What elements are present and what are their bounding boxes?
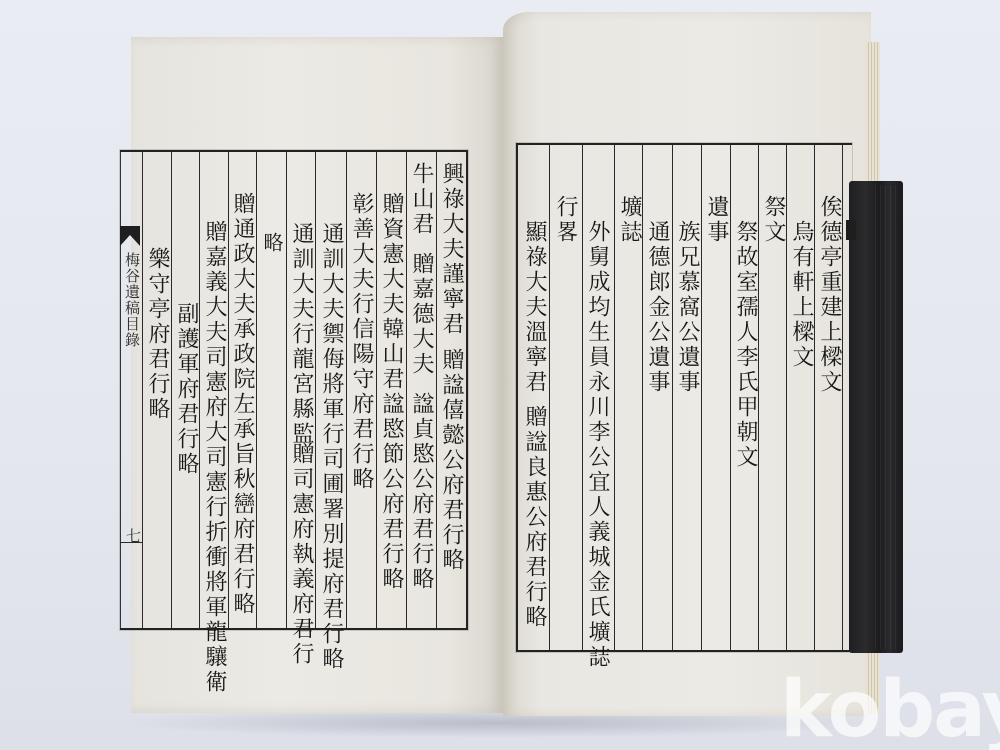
toc-entry: 樂守亭府君行略 <box>145 247 169 422</box>
toc-entry: 興祿大夫謹寧君 <box>439 162 463 337</box>
toc-entry: 贈嘉義大夫司憲府大司憲行折衝將軍龍驤衛 <box>202 220 226 695</box>
toc-entry: 俟德亭重建上樑文 <box>817 195 841 395</box>
left-page: 梅谷遺稿目錄 七 興祿大夫謹寧君 贈諡僖懿公府君行略 牛山君 贈嘉德大夫 諡貞愍… <box>131 37 503 713</box>
section-heading: 祭文 <box>761 195 785 245</box>
toc-entry: 烏有軒上樑文 <box>789 220 813 370</box>
toc-entry: 贈司憲府執義府君行 <box>289 442 313 667</box>
toc-entry: 通訓大夫禦侮將軍行司圃署別提府君行略 <box>319 222 343 672</box>
toc-entry: 諡愍節公府君行略 <box>379 392 403 592</box>
toc-entry: 彰善大夫行信陽守府君行略 <box>349 192 373 492</box>
toc-entry: 族兄慕窩公遺事 <box>675 220 699 395</box>
toc-entry: 贈通政大夫承政院左承旨秋巒府君行略 <box>230 192 254 617</box>
section-heading: 壙誌 <box>617 195 641 245</box>
left-fold-margin <box>120 152 121 628</box>
right-print-frame: 俟德亭重建上樑文 烏有軒上樑文 祭文 祭故室孺人李氏甲朝文 遺事 族兄慕窩公遺事… <box>516 143 852 652</box>
toc-entry: 贈諡良惠公府君行略 <box>522 405 546 630</box>
toc-entry: 外舅成均生員永川李公宜人義城金氏壙誌 <box>585 220 609 670</box>
toc-entry: 牛山君 <box>409 162 433 237</box>
toc-entry: 贈資憲大夫韓山君 <box>379 192 403 392</box>
toc-entry: 祭故室孺人李氏甲朝文 <box>733 220 757 470</box>
toc-entry: 顯祿大夫溫寧君 <box>522 220 546 395</box>
section-heading: 遺事 <box>704 195 728 245</box>
black-spine-weight <box>849 181 903 653</box>
right-page: 俟德亭重建上樑文 烏有軒上樑文 祭文 祭故室孺人李氏甲朝文 遺事 族兄慕窩公遺事… <box>503 12 871 716</box>
toc-entry: 諡貞愍公府君行略 <box>409 392 433 592</box>
left-print-frame: 梅谷遺稿目錄 七 興祿大夫謹寧君 贈諡僖懿公府君行略 牛山君 贈嘉德大夫 諡貞愍… <box>120 150 468 630</box>
toc-entry: 略 <box>260 232 284 255</box>
fish-tail-ornament-icon <box>120 226 140 246</box>
right-fish-tail-ornament-icon <box>846 220 856 240</box>
left-fold-title: 梅谷遺稿目錄 <box>122 252 143 348</box>
kobay-watermark: kobay <box>780 670 1000 750</box>
toc-entry: 副護軍府君行略 <box>174 302 198 477</box>
toc-entry: 通德郎金公遺事 <box>645 220 669 395</box>
toc-entry: 贈諡僖懿公府君行略 <box>439 348 463 573</box>
toc-entry: 通訓大夫行龍宮縣監 <box>289 222 313 447</box>
section-heading: 行畧 <box>553 195 577 245</box>
toc-entry: 贈嘉德大夫 <box>409 252 433 377</box>
